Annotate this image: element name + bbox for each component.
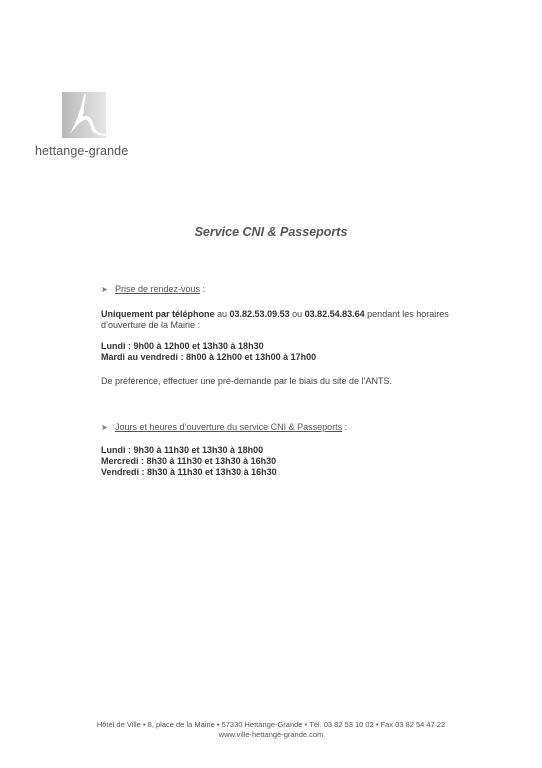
appointment-hours: Lundi : 9h00 à 12h00 et 13h30 à 18h30 Ma… <box>101 341 316 363</box>
hettange-h-logo-icon <box>62 92 106 138</box>
footer-website: www.ville-hettange-grande.com <box>0 730 542 740</box>
footer: Hôtel de Ville • 8, place de la Mairie •… <box>0 720 542 740</box>
section-heading-text: Jours et heures d’ouverture du service C… <box>115 422 342 432</box>
service-hours: Lundi : 9h30 à 11h30 et 13h30 à 18h00 Me… <box>101 445 277 478</box>
logo-text: hettange-grande <box>35 144 128 158</box>
hours-line: Lundi : 9h00 à 12h00 et 13h30 à 18h30 <box>101 341 316 352</box>
hours-line: Vendredi : 8h30 à 11h30 et 13h30 à 16h30 <box>101 467 277 478</box>
section-heading-opening-hours: ➤Jours et heures d’ouverture du service … <box>101 422 347 432</box>
arrow-bullet-icon: ➤ <box>101 423 115 432</box>
page-title: Service CNI & Passeports <box>0 225 542 239</box>
hours-line: Lundi : 9h30 à 11h30 et 13h30 à 18h00 <box>101 445 277 456</box>
hours-line: Mercredi : 8h30 à 11h30 et 13h30 à 16h30 <box>101 456 277 467</box>
footer-address: Hôtel de Ville • 8, place de la Mairie •… <box>0 720 542 730</box>
section-heading-appointment: ➤Prise de rendez-vous : <box>101 284 205 294</box>
arrow-bullet-icon: ➤ <box>101 285 115 294</box>
phone-paragraph: Uniquement par téléphone au 03.82.53.09.… <box>101 309 449 331</box>
section-heading-text: Prise de rendez-vous <box>115 284 200 294</box>
hours-line: Mardi au vendredi : 8h00 à 12h00 et 13h0… <box>101 352 316 363</box>
phone-number-2: 03.82.54.83.64 <box>305 309 365 319</box>
phone-intro: Uniquement par téléphone <box>101 309 215 319</box>
phone-number-1: 03.82.53.09.53 <box>230 309 290 319</box>
ants-note: De préférence, effectuer une pré-demande… <box>101 376 392 387</box>
